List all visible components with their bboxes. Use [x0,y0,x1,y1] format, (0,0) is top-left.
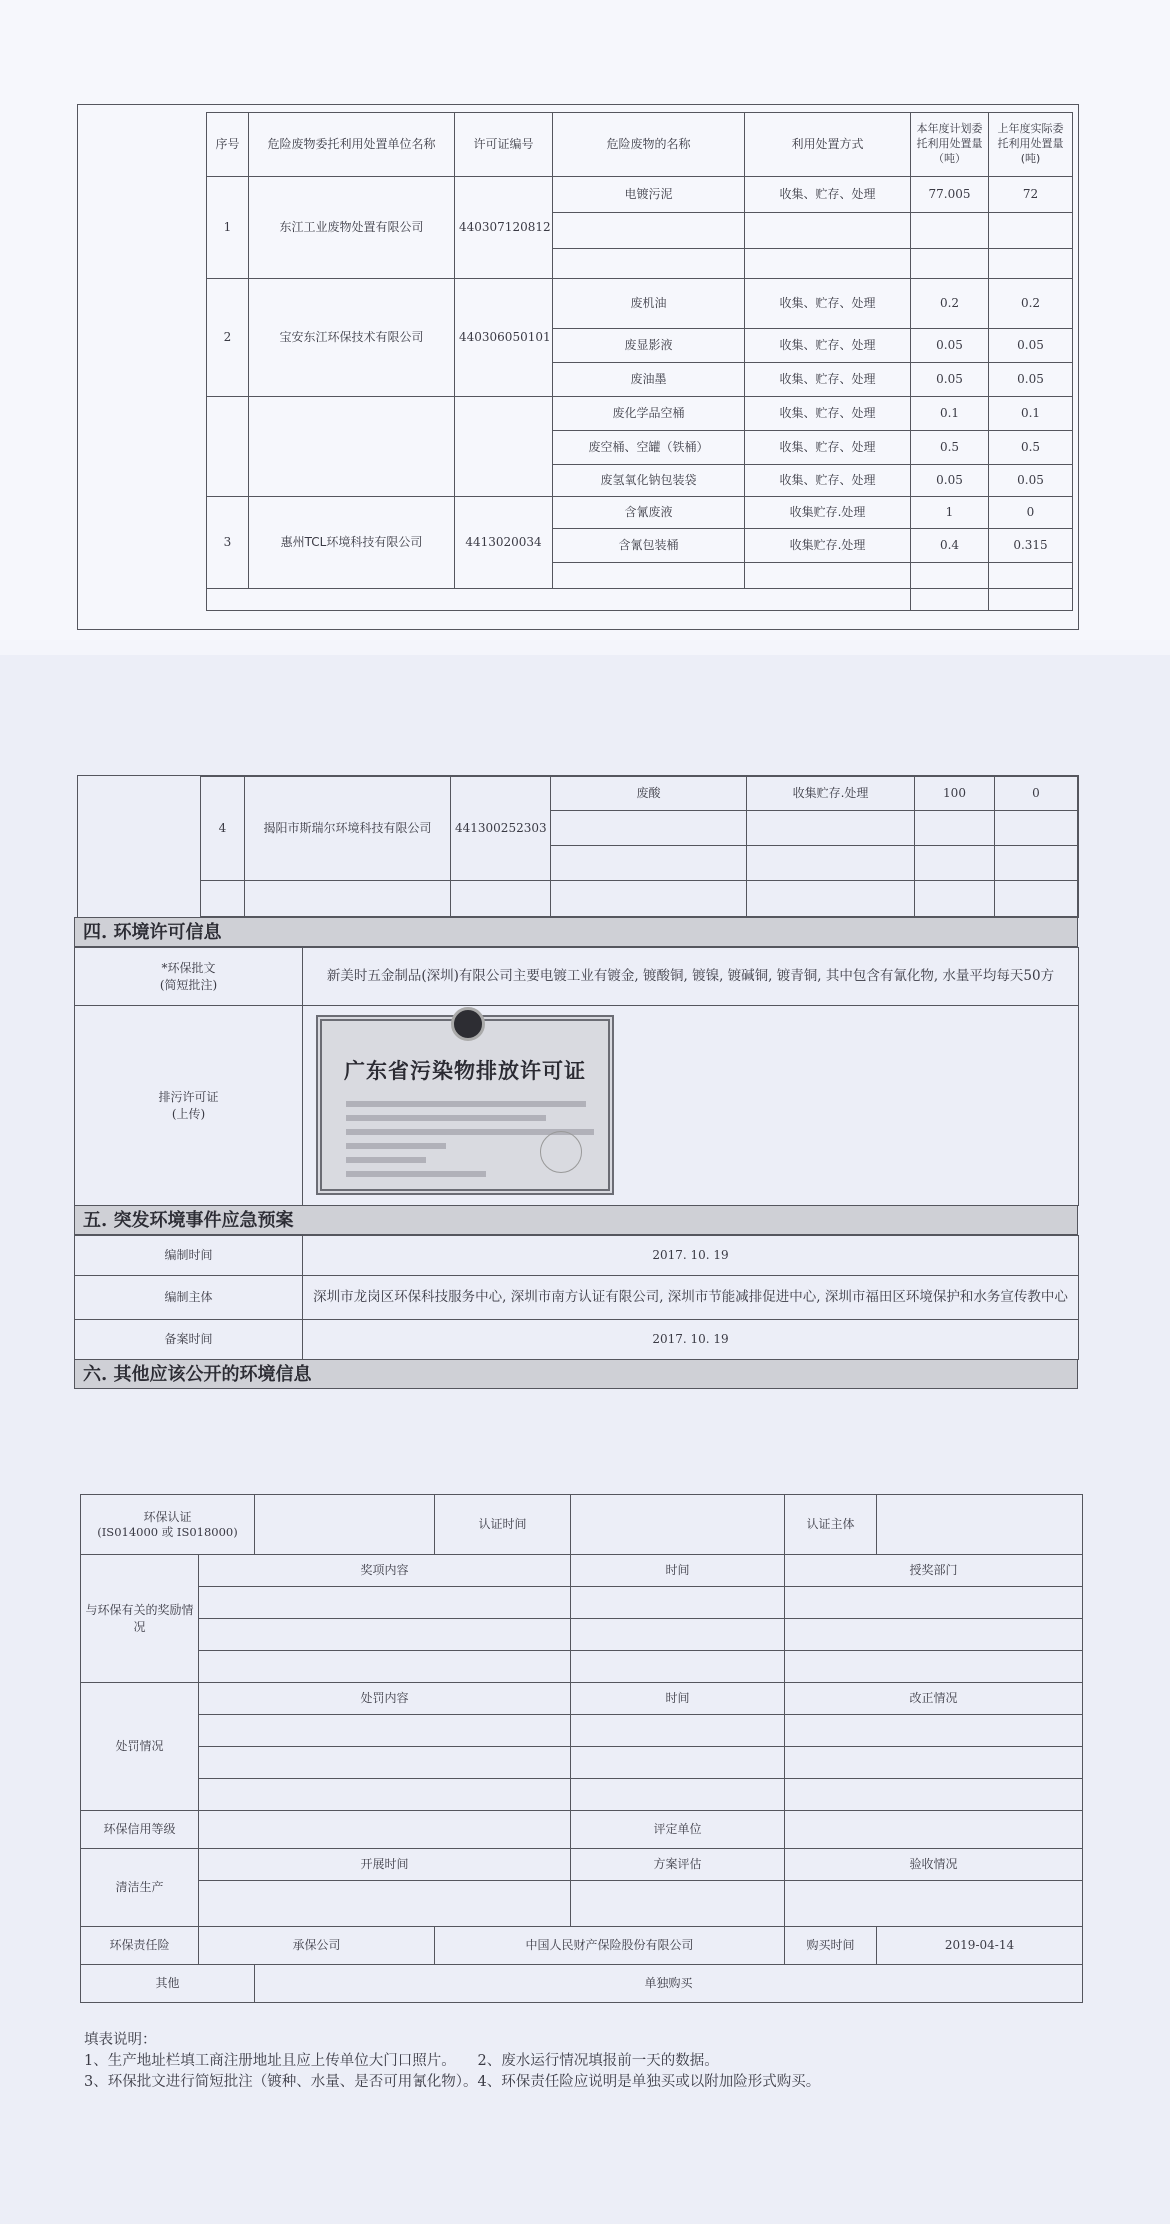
other-label: 其他 [81,1965,255,2003]
blank-cell [199,1881,571,1927]
cert-text-line [346,1171,486,1177]
blank-cell [551,881,747,917]
blank-cell [785,1715,1083,1747]
table-row [201,881,1078,917]
plan-cell: 77.005 [911,177,989,213]
unit-cell: 东江工业废物处置有限公司 [249,177,455,279]
blank-cell [571,1619,785,1651]
actual-cell [995,811,1078,846]
waste-cell [551,811,747,846]
blank-cell [571,1881,785,1927]
insurer-label: 承保公司 [199,1927,435,1965]
clean-eval-header: 方案评估 [571,1849,785,1881]
actual-cell: 72 [989,177,1073,213]
actual-cell: 0 [995,777,1078,811]
blank-cell [571,1651,785,1683]
actual-cell: 0.1 [989,397,1073,431]
license-cell [455,397,553,497]
plan-cell [911,563,989,589]
table-row: 3 惠州TCL环境科技有限公司 4413020034 含氰废液 收集贮存.处理 … [207,497,1073,529]
waste-cell [553,213,745,249]
penalty-label: 处罚情况 [81,1683,199,1811]
credit-unit-label: 评定单位 [571,1811,785,1849]
purchase-time-value: 2019-04-14 [877,1927,1083,1965]
table-row: 1 东江工业废物处置有限公司 440307120812 电镀污泥 收集、贮存、处… [207,177,1073,213]
plan-cell: 1 [911,497,989,529]
method-cell: 收集、贮存、处理 [745,465,911,497]
method-cell: 收集、贮存、处理 [745,397,911,431]
other-value: 单独购买 [255,1965,1083,2003]
insurance-label: 环保责任险 [81,1927,199,1965]
approval-label-line1: *环保批文 [79,960,298,976]
pollutant-permit-image[interactable]: 广东省污染物排放许可证 [316,1015,614,1195]
table-row: 2 宝安东江环保技术有限公司 440306050101 废机油 收集、贮存、处理… [207,279,1073,329]
actual-cell: 0 [989,497,1073,529]
emblem-icon [451,1007,485,1041]
blank-cell [199,1715,571,1747]
seq-cell: 2 [207,279,249,397]
certification-label: 环保认证 (IS014000 或 IS018000) [81,1495,255,1555]
waste-cell: 废油墨 [553,363,745,397]
unit-cell: 揭阳市斯瑞尔环境科技有限公司 [245,777,451,881]
method-cell [747,846,915,881]
header-plan-qty: 本年度计划委托利用处置量（吨） [911,113,989,177]
clean-start-header: 开展时间 [199,1849,571,1881]
waste-cell [553,249,745,279]
header-unit-name: 危险废物委托利用处置单位名称 [249,113,455,177]
blank-cell [571,1779,785,1811]
table-row: 编制主体 深圳市龙岗区环保科技服务中心, 深圳市南方认证有限公司, 深圳市节能减… [75,1276,1079,1320]
cert-text-line [346,1115,546,1121]
section-6-heading: 六. 其他应该公开的环境信息 [74,1359,1078,1389]
certification-label-line1: 环保认证 [85,1509,250,1525]
clean-accept-header: 验收情况 [785,1849,1083,1881]
actual-cell: 0.2 [989,279,1073,329]
cert-body-label: 认证主体 [785,1495,877,1555]
plan-cell: 0.2 [911,279,989,329]
compile-time-label: 编制时间 [75,1236,303,1276]
blank-cell [571,1715,785,1747]
blank-cell [245,881,451,917]
compiler-label: 编制主体 [75,1276,303,1320]
table-row: 编制时间 2017. 10. 19 [75,1236,1079,1276]
license-cell: 440306050101 [455,279,553,397]
penalty-row [81,1715,1083,1747]
blank-cell [199,1747,571,1779]
award-label: 与环保有关的奖励情况 [81,1555,199,1683]
actual-cell: 0.05 [989,363,1073,397]
method-cell [747,811,915,846]
filing-time-value: 2017. 10. 19 [303,1320,1079,1360]
approval-label: *环保批文 (简短批注) [75,948,303,1006]
seq-cell [207,397,249,497]
method-cell [745,249,911,279]
method-cell: 收集、贮存、处理 [745,431,911,465]
waste-cell [551,846,747,881]
blank-cell [199,1587,571,1619]
unit-cell: 惠州TCL环境科技有限公司 [249,497,455,589]
compile-time-value: 2017. 10. 19 [303,1236,1079,1276]
actual-cell: 0.315 [989,529,1073,563]
clean-label: 清洁生产 [81,1849,199,1927]
license-cell: 4413020034 [455,497,553,589]
award-row [81,1587,1083,1619]
award-row [81,1651,1083,1683]
blank-cell [199,1651,571,1683]
blank-cell [571,1747,785,1779]
method-cell: 收集、贮存、处理 [745,329,911,363]
credit-unit-value [785,1811,1083,1849]
blank-cell [571,1587,785,1619]
seq-cell: 3 [207,497,249,589]
waste-cell: 废显影液 [553,329,745,363]
method-cell: 收集贮存.处理 [747,777,915,811]
insurance-row: 环保责任险 承保公司 中国人民财产保险股份有限公司 购买时间 2019-04-1… [81,1927,1083,1965]
plan-cell: 0.5 [911,431,989,465]
method-cell: 收集、贮存、处理 [745,363,911,397]
blank-cell [785,1619,1083,1651]
certification-row: 环保认证 (IS014000 或 IS018000) 认证时间 认证主体 [81,1495,1083,1555]
purchase-time-label: 购买时间 [785,1927,877,1965]
blank-cell [989,589,1073,611]
table-row: 备案时间 2017. 10. 19 [75,1320,1079,1360]
award-content-header: 奖项内容 [199,1555,571,1587]
penalty-content-header: 处罚内容 [199,1683,571,1715]
award-dept-header: 授奖部门 [785,1555,1083,1587]
blank-cell [785,1651,1083,1683]
plan-cell: 100 [915,777,995,811]
section-5-heading: 五. 突发环境事件应急预案 [74,1205,1078,1235]
header-actual-qty: 上年度实际委托利用处置量(吨) [989,113,1073,177]
penalty-row [81,1779,1083,1811]
clean-row [81,1881,1083,1927]
actual-cell [989,249,1073,279]
waste-cell: 废机油 [553,279,745,329]
blank-cell [785,1881,1083,1927]
clean-header-row: 清洁生产 开展时间 方案评估 验收情况 [81,1849,1083,1881]
actual-cell [989,213,1073,249]
blank-cell [199,1619,571,1651]
plan-cell [915,811,995,846]
blank-cell [915,881,995,917]
cert-time-value [571,1495,785,1555]
table-row: 废化学品空桶 收集、贮存、处理 0.1 0.1 [207,397,1073,431]
certification-value [255,1495,435,1555]
blank-cell [995,881,1078,917]
blank-cell [785,1747,1083,1779]
seq-cell: 4 [201,777,245,881]
filing-time-label: 备案时间 [75,1320,303,1360]
header-method: 利用处置方式 [745,113,911,177]
certification-label-line2: (IS014000 或 IS018000) [85,1525,250,1541]
notes-line-2: 3、环保批文进行简短批注（镀种、水量、是否可用氰化物）。4、环保责任险应说明是单… [84,2072,820,2093]
cert-text-line [346,1101,586,1107]
emergency-plan-table: 编制时间 2017. 10. 19 编制主体 深圳市龙岗区环保科技服务中心, 深… [74,1235,1079,1360]
plan-cell: 0.05 [911,363,989,397]
award-header-row: 与环保有关的奖励情况 奖项内容 时间 授奖部门 [81,1555,1083,1587]
credit-row: 环保信用等级 评定单位 [81,1811,1083,1849]
approval-text: 新美时五金制品(深圳)有限公司主要电镀工业有镀金, 镀酸铜, 镀镍, 镀碱铜, … [303,948,1079,1006]
plan-cell: 0.4 [911,529,989,563]
credit-label: 环保信用等级 [81,1811,199,1849]
blank-cell [207,589,911,611]
waste-cell: 废化学品空桶 [553,397,745,431]
unit-cell [249,397,455,497]
actual-cell: 0.05 [989,329,1073,363]
compiler-value: 深圳市龙岗区环保科技服务中心, 深圳市南方认证有限公司, 深圳市节能减排促进中心… [303,1276,1079,1320]
blank-cell [785,1779,1083,1811]
award-time-header: 时间 [571,1555,785,1587]
blank-cell [199,1779,571,1811]
table-row [207,589,1073,611]
section-4-heading: 四. 环境许可信息 [74,917,1078,947]
approval-label-line2: (简短批注) [79,977,298,993]
plan-cell: 0.05 [911,465,989,497]
actual-cell: 0.5 [989,431,1073,465]
permit-label: 排污许可证 (上传) [75,1006,303,1206]
waste-cell: 电镀污泥 [553,177,745,213]
permit-label-line2: (上传) [79,1106,298,1122]
waste-cell: 废酸 [551,777,747,811]
waste-cell [553,563,745,589]
other-info-table: 环保认证 (IS014000 或 IS018000) 认证时间 认证主体 与环保… [80,1494,1083,2003]
insurer-value: 中国人民财产保险股份有限公司 [435,1927,785,1965]
header-seq: 序号 [207,113,249,177]
waste-cell: 含氰废液 [553,497,745,529]
cert-text-line [346,1157,426,1163]
license-cell: 441300252303 [451,777,551,881]
permit-label-line1: 排污许可证 [79,1089,298,1105]
waste-cell: 废氢氧化钠包装袋 [553,465,745,497]
hazardous-waste-table: 序号 危险废物委托利用处置单位名称 许可证编号 危险废物的名称 利用处置方式 本… [206,112,1073,611]
method-cell [745,563,911,589]
plan-cell [911,249,989,279]
blank-cell [201,881,245,917]
penalty-header-row: 处罚情况 处罚内容 时间 改正情况 [81,1683,1083,1715]
plan-cell [911,213,989,249]
other-row: 其他 单独购买 [81,1965,1083,2003]
seq-cell: 1 [207,177,249,279]
blank-cell [451,881,551,917]
method-cell: 收集贮存.处理 [745,497,911,529]
method-cell [745,213,911,249]
method-cell: 收集、贮存、处理 [745,279,911,329]
blank-cell [747,881,915,917]
waste-cell: 含氰包装桶 [553,529,745,563]
actual-cell [995,846,1078,881]
plan-cell [915,846,995,881]
actual-cell: 0.05 [989,465,1073,497]
form-notes: 填表说明： 1、生产地址栏填工商注册地址且应上传单位大门口照片。 2、废水运行情… [84,2030,820,2093]
method-cell: 收集贮存.处理 [745,529,911,563]
approval-row: *环保批文 (简短批注) 新美时五金制品(深圳)有限公司主要电镀工业有镀金, 镀… [75,948,1079,1006]
blank-cell [911,589,989,611]
hazardous-waste-table-continued: 4 揭阳市斯瑞尔环境科技有限公司 441300252303 废酸 收集贮存.处理… [200,776,1078,917]
permit-image-title: 广东省污染物排放许可证 [322,1055,608,1085]
notes-title: 填表说明： [84,2030,820,2051]
stamp-icon [540,1131,582,1173]
cert-text-line [346,1143,446,1149]
plan-cell: 0.05 [911,329,989,363]
credit-value [199,1811,571,1849]
notes-line-1: 1、生产地址栏填工商注册地址且应上传单位大门口照片。 2、废水运行情况填报前一天… [84,2051,820,2072]
blank-cell [785,1587,1083,1619]
header-waste-name: 危险废物的名称 [553,113,745,177]
award-row [81,1619,1083,1651]
penalty-row [81,1747,1083,1779]
actual-cell [989,563,1073,589]
unit-cell: 宝安东江环保技术有限公司 [249,279,455,397]
waste-cell: 废空桶、空罐（铁桶） [553,431,745,465]
license-cell: 440307120812 [455,177,553,279]
method-cell: 收集、贮存、处理 [745,177,911,213]
cert-time-label: 认证时间 [435,1495,571,1555]
cert-body-value [877,1495,1083,1555]
table-row: 4 揭阳市斯瑞尔环境科技有限公司 441300252303 废酸 收集贮存.处理… [201,777,1078,811]
penalty-time-header: 时间 [571,1683,785,1715]
plan-cell: 0.1 [911,397,989,431]
penalty-fix-header: 改正情况 [785,1683,1083,1715]
header-license: 许可证编号 [455,113,553,177]
